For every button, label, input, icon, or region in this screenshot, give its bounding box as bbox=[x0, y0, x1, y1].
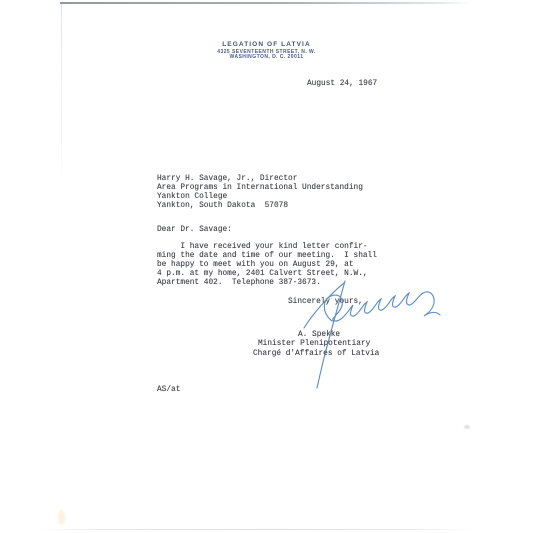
letterhead-name: LEGATION OF LATVIA bbox=[0, 41, 533, 48]
typist-initials: AS/at bbox=[157, 386, 180, 395]
paper-bottom-edge bbox=[40, 529, 472, 530]
date-line: August 24, 1967 bbox=[307, 80, 377, 89]
recipient-line: Harry H. Savage, Jr., Director bbox=[157, 175, 363, 184]
scan-artifact bbox=[464, 425, 470, 429]
signature-stroke bbox=[324, 292, 440, 321]
body-line: ming the date and time of our meeting. I… bbox=[157, 252, 377, 261]
recipient-line: Yankton College bbox=[157, 193, 363, 202]
paper-left-edge bbox=[61, 4, 62, 189]
scan-smudge bbox=[58, 510, 65, 525]
salutation: Dear Dr. Savage: bbox=[157, 226, 232, 235]
scanned-letter-photo: LEGATION OF LATVIA 4325 SEVENTEENTH STRE… bbox=[0, 0, 533, 533]
letterhead-address-line-2: WASHINGTON, D. C. 20011 bbox=[0, 54, 533, 60]
body-line: I have received your kind letter confir- bbox=[157, 243, 377, 252]
recipient-line: Area Programs in International Understan… bbox=[157, 184, 363, 193]
paper-top-edge bbox=[60, 2, 472, 4]
recipient-block: Harry H. Savage, Jr., Director Area Prog… bbox=[157, 175, 363, 211]
handwritten-signature bbox=[250, 268, 460, 398]
recipient-line: Yankton, South Dakota 57078 bbox=[157, 202, 363, 211]
